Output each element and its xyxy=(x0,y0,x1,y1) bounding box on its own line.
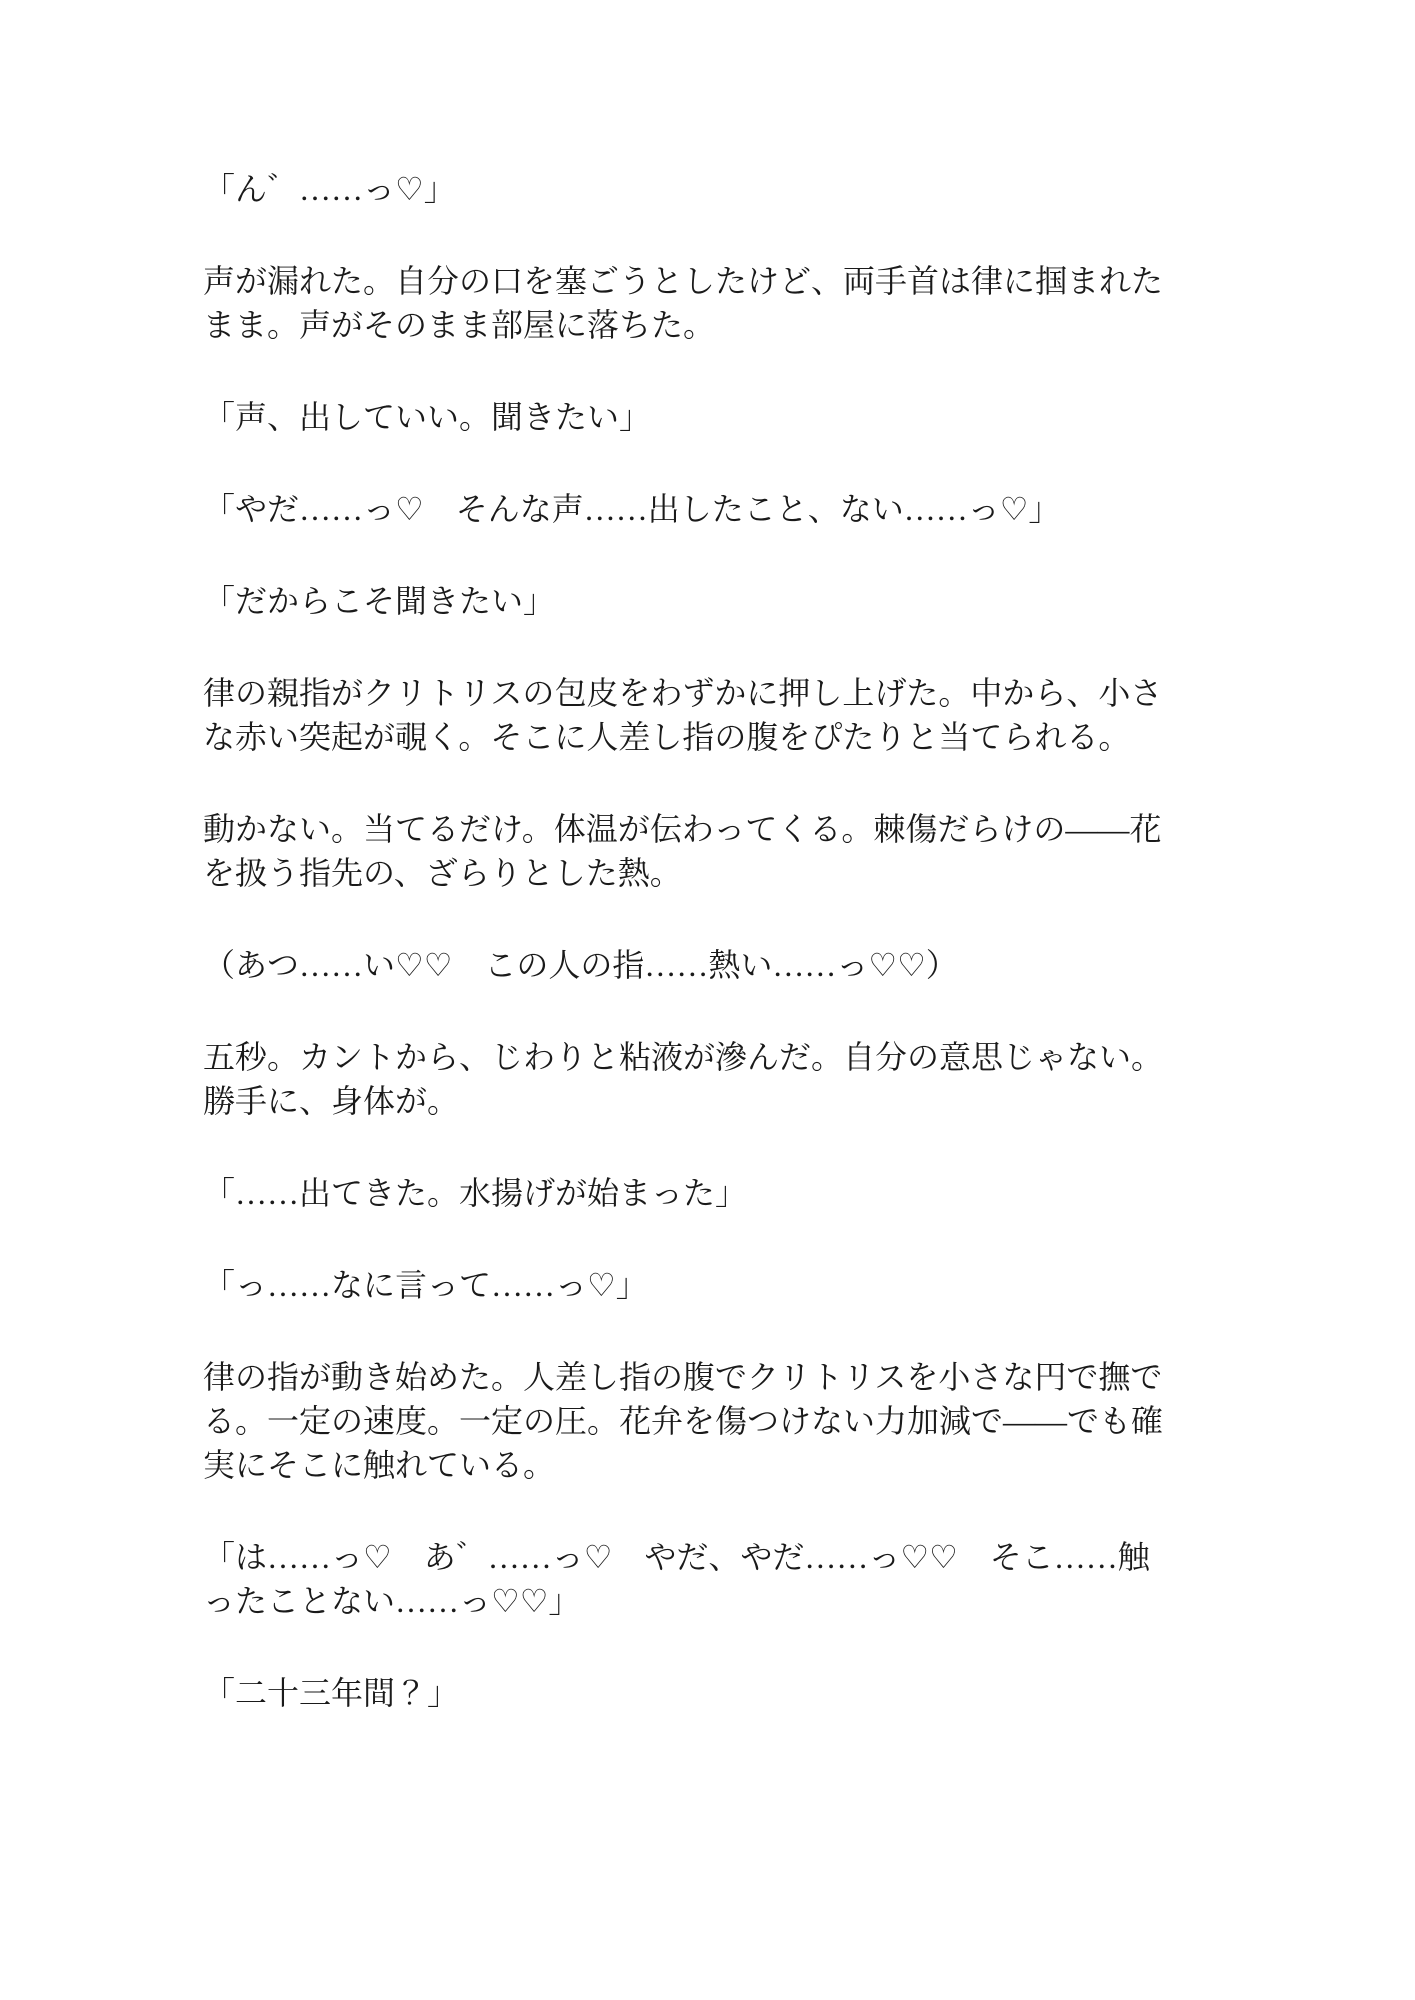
story-paragraph: 声が漏れた。自分の口を塞ごうとしたけど、両手首は律に掴まれた まま。声がそのまま… xyxy=(203,259,1215,347)
story-paragraph: 「声、出していい。聞きたい」 xyxy=(203,395,1215,439)
story-paragraph: 五秒。カントから、じわりと粘液が滲んだ。自分の意思じゃない。 勝手に、身体が。 xyxy=(203,1035,1215,1123)
story-paragraph: 「二十三年間？」 xyxy=(203,1671,1215,1715)
story-text: 「ん゛……っ♡」 声が漏れた。自分の口を塞ごうとしたけど、両手首は律に掴まれた … xyxy=(0,0,1415,1715)
story-paragraph: 律の指が動き始めた。人差し指の腹でクリトリスを小さな円で撫で る。一定の速度。一… xyxy=(203,1355,1215,1487)
story-paragraph: 律の親指がクリトリスの包皮をわずかに押し上げた。中から、小さ な赤い突起が覗く。… xyxy=(203,671,1215,759)
story-paragraph: 「だからこそ聞きたい」 xyxy=(203,579,1215,623)
story-paragraph: 動かない。当てるだけ。体温が伝わってくる。棘傷だらけの――花 を扱う指先の、ざら… xyxy=(203,807,1215,895)
story-paragraph: 「やだ……っ♡ そんな声……出したこと、ない……っ♡」 xyxy=(203,487,1215,531)
story-paragraph: 「……出てきた。水揚げが始まった」 xyxy=(203,1171,1215,1215)
story-paragraph: 「は……っ♡ あ゛……っ♡ やだ、やだ……っ♡♡ そこ……触 ったことない……っ… xyxy=(203,1535,1215,1623)
story-paragraph: （あつ……い♡♡ この人の指……熱い……っ♡♡） xyxy=(203,943,1215,987)
document-page: { "page": { "background_color": "#ffffff… xyxy=(0,0,1415,2000)
story-paragraph: 「ん゛……っ♡」 xyxy=(203,167,1215,211)
story-paragraph: 「っ……なに言って……っ♡」 xyxy=(203,1263,1215,1307)
